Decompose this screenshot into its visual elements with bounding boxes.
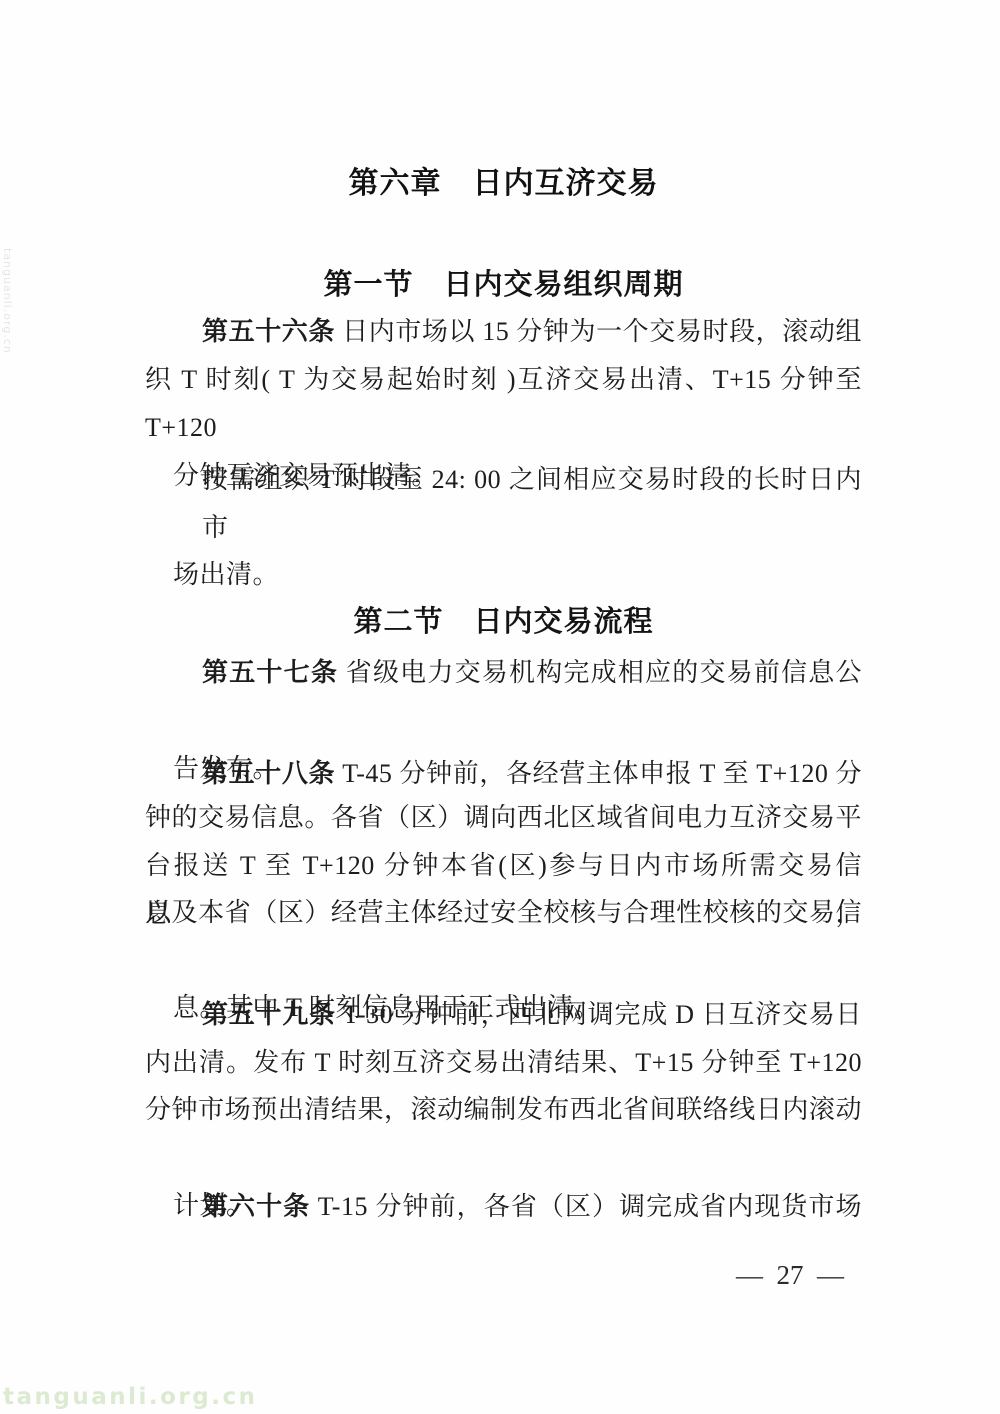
body-line: 以及本省（区）经营主体经过安全校核与合理性校核的交易信 <box>145 889 862 937</box>
body-line: 第五十八条 T-45 分钟前，各经营主体申报 T 至 T+120 分 <box>145 750 862 798</box>
chapter-heading: 第六章 日内互济交易 <box>145 160 862 208</box>
body-line: 第五十九条 T-30 分钟前，西北网调完成 D 日互济交易日 <box>145 991 862 1039</box>
body-line: 第五十六条 日内市场以 15 分钟为一个交易时段，滚动组 <box>145 308 862 356</box>
line-text: 钟的交易信息。各省（区）调向西北区域省间电力互济交易平 <box>145 803 862 832</box>
body-line: 计划。 <box>145 1134 862 1182</box>
body-line: 织 T 时刻( T 为交易起始时刻 )互济交易出清、T+15 分钟至 T+120 <box>145 356 862 404</box>
article-number: 第五十九条 <box>202 1000 336 1029</box>
body-line: 钟的交易信息。各省（区）调向西北区域省间电力互济交易平 <box>145 794 862 842</box>
document-page: tanguanli.org.cn 第六章 日内互济交易 第一节 日内交易组织周期… <box>0 0 1000 1414</box>
line-text: 日内市场以 15 分钟为一个交易时段，滚动组 <box>335 317 862 346</box>
body-line: 息。其中 T 时刻信息用于正式出清。 <box>145 936 862 984</box>
page-number: — 27 — <box>735 1255 845 1295</box>
line-text: 省级电力交易机构完成相应的交易前信息公 <box>338 658 862 687</box>
article-number: 第六十条 <box>202 1192 310 1221</box>
article-number: 第五十七条 <box>202 658 338 687</box>
line-text: 第六章 日内互济交易 <box>349 166 659 201</box>
line-text: T-15 分钟前，各省（区）调完成省内现货市场 <box>310 1192 862 1221</box>
line-text: T-45 分钟前，各经营主体申报 T 至 T+120 分 <box>335 759 862 788</box>
site-watermark: tanguanli.org.cn <box>3 1384 257 1410</box>
body-line: 按需组织 T 时段至 24: 00 之间相应交易时段的长时日内市 <box>145 456 862 504</box>
line-text: T-30 分钟前，西北网调完成 D 日互济交易日 <box>336 1000 862 1029</box>
left-edge-watermark: tanguanli.org.cn <box>1 248 14 354</box>
article-number: 第五十六条 <box>202 317 335 346</box>
body-line: 台报送 T 至 T+120 分钟本省(区)参与日内市场所需交易信息， <box>145 842 862 890</box>
body-line: 分钟市场预出清结果，滚动编制发布西北省间联络线日内滚动 <box>145 1086 862 1134</box>
section-heading: 第二节 日内交易流程 <box>145 598 862 646</box>
line-text: 场出清。 <box>173 560 279 589</box>
line-text: 内出清。发布 T 时刻互济交易出清结果、T+15 分钟至 T+120 <box>145 1048 862 1077</box>
line-text: 第一节 日内交易组织周期 <box>323 269 683 301</box>
line-text: 第二节 日内交易流程 <box>353 606 653 638</box>
section-heading: 第一节 日内交易组织周期 <box>145 261 862 309</box>
body-line: 第六十条 T-15 分钟前，各省（区）调完成省内现货市场 <box>145 1183 862 1231</box>
body-line: 分钟互济交易预出清。 <box>145 404 862 452</box>
body-line: 告发布。 <box>145 697 862 745</box>
line-text: 分钟市场预出清结果，滚动编制发布西北省间联络线日内滚动 <box>145 1095 862 1124</box>
line-text: 以及本省（区）经营主体经过安全校核与合理性校核的交易信 <box>145 898 862 927</box>
body-line: 第五十七条 省级电力交易机构完成相应的交易前信息公 <box>145 649 862 697</box>
body-line: 内出清。发布 T 时刻互济交易出清结果、T+15 分钟至 T+120 <box>145 1039 862 1087</box>
body-line: 场出清。 <box>145 503 862 551</box>
article-number: 第五十八条 <box>202 759 335 788</box>
